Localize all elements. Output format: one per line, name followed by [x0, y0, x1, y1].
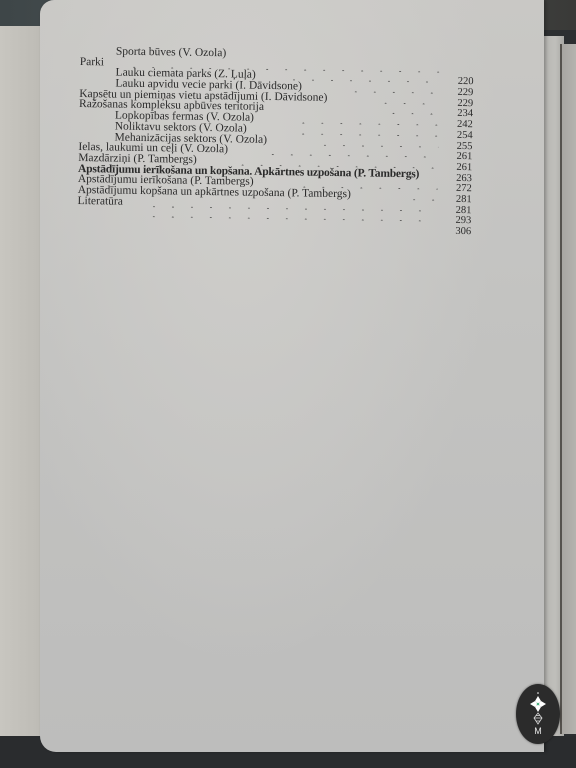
cover-edge: [560, 44, 576, 734]
dot-leader: [400, 190, 438, 201]
toc-entry-page: 306: [455, 227, 471, 238]
table-of-contents: Sporta būves (V. Ozola) Parki Lauku ciem…: [77, 46, 480, 234]
watermark-badge: M: [516, 684, 560, 744]
svg-text:M: M: [534, 726, 542, 736]
toc-entry-title: Parki: [80, 57, 104, 68]
dot-leader: [341, 82, 439, 94]
dot-leader: [371, 93, 439, 104]
toc-entry-title: Literatūra: [77, 196, 123, 207]
ornament-logo-icon: M: [516, 684, 560, 744]
dot-leader: [379, 104, 439, 115]
